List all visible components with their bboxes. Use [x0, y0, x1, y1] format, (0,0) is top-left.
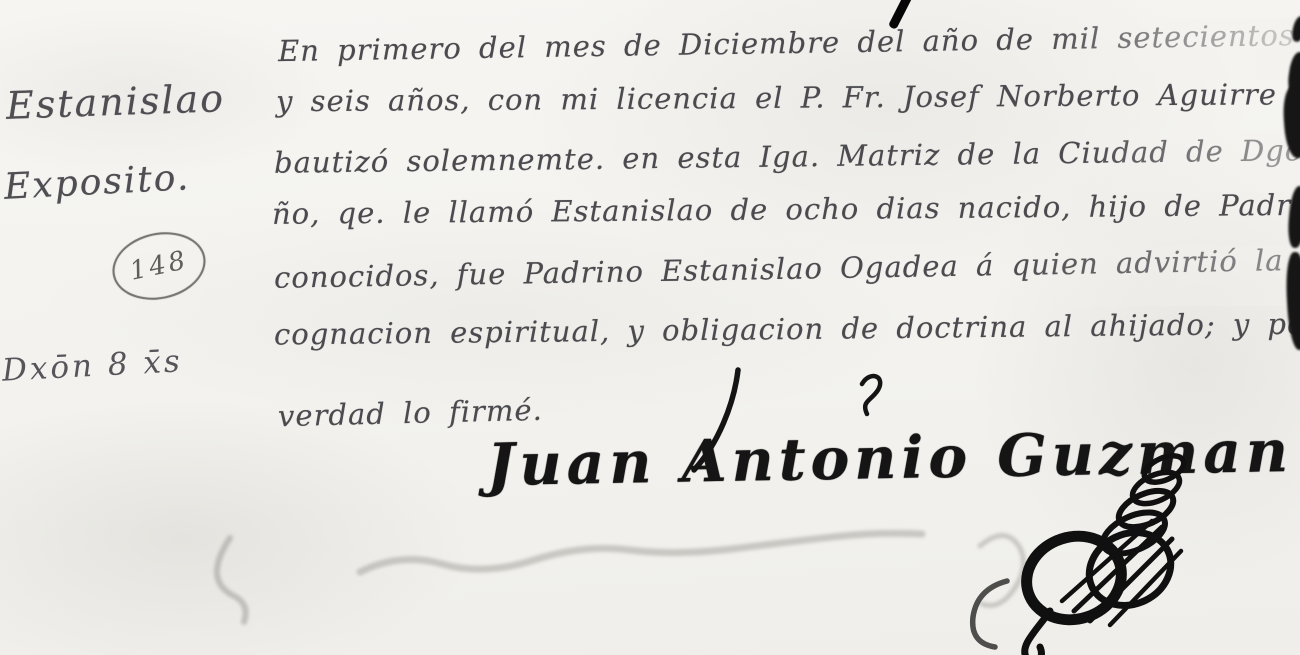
signature-flourish	[630, 366, 920, 481]
manuscript-line-1: En primero del mes de Diciembre del año …	[278, 16, 1300, 68]
manuscript-line-4: ño, qe. le llamó Estanislao de ocho dias…	[272, 187, 1300, 231]
margin-fee-note: Dxōn 8 x̄s	[1, 343, 183, 388]
manuscript-page: Estanislao Exposito. 148 Dxōn 8 x̄s En p…	[0, 0, 1300, 655]
manuscript-line-6: cognacion espiritual, y obligacion de do…	[274, 307, 1300, 352]
record-number-circle: 148	[106, 224, 212, 308]
record-number: 148	[127, 245, 191, 287]
signature-rubric-icon	[1012, 443, 1217, 655]
margin-child-name-line2: Exposito.	[3, 157, 191, 208]
margin-child-name-line1: Estanislao	[5, 76, 225, 128]
manuscript-line-5: conocidos, fue Padrino Estanislao Ogadea…	[274, 243, 1284, 295]
manuscript-line-7: verdad lo firmé.	[278, 393, 544, 433]
manuscript-line-3: bautizó solemnemte. en esta Iga. Matriz …	[274, 130, 1300, 180]
manuscript-line-2: y seis años, con mi licencia el P. Fr. J…	[276, 76, 1300, 119]
